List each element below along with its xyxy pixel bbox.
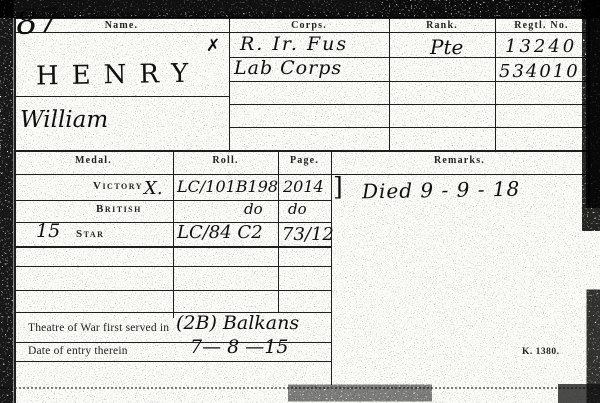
- card-left-border: [14, 17, 16, 403]
- rule-page-remarks: [331, 150, 332, 385]
- rule-roll-page: [278, 150, 279, 312]
- british-medal-label: British: [96, 203, 142, 215]
- remarks-column-header: Remarks.: [331, 155, 588, 166]
- bottom-edge-dotted-line: [0, 387, 600, 389]
- rule-medal-roll: [173, 150, 174, 318]
- rule-date-underline: [14, 361, 331, 362]
- roll-column-header: Roll.: [173, 155, 278, 166]
- medal-index-card: Name. Corps. Rank. Regtl. No. Medal. Rol…: [0, 0, 600, 403]
- rule-name-corps: [229, 17, 230, 150]
- corps-line1-handwriting: R. Ir. Fus: [240, 33, 348, 55]
- regtl-no-column-header: Regtl. No.: [495, 20, 588, 31]
- rule-corps-rank: [389, 17, 390, 150]
- corps-cross-mark: ✗: [206, 36, 220, 56]
- regtl-no1-handwriting: 13240: [505, 36, 577, 57]
- rule-blank2: [14, 290, 331, 291]
- page-brace-mark: ]: [333, 172, 343, 201]
- british-roll-ditto: do: [244, 200, 263, 218]
- corner-number-handwriting: 87: [15, 1, 60, 43]
- victory-medal-label: Victory: [93, 180, 143, 192]
- form-code: K. 1380.: [522, 347, 560, 357]
- card-right-border: [588, 17, 590, 207]
- rule-rank-regtl: [495, 17, 496, 150]
- rank-handwriting: Pte: [430, 35, 463, 59]
- victory-page-handwriting: 2014: [283, 177, 324, 196]
- page-column-header: Page.: [278, 155, 331, 166]
- theatre-of-war-handwriting: (2B) Balkans: [176, 312, 299, 334]
- remarks-handwriting: Died 9 - 9 - 18: [362, 177, 521, 204]
- date-of-entry-handwriting: 7— 8 —15: [190, 336, 288, 358]
- medal-column-header: Medal.: [14, 155, 173, 166]
- rule-section-divider: [14, 150, 590, 152]
- star-prefix-handwriting: 15: [36, 220, 60, 242]
- corps-column-header: Corps.: [229, 20, 389, 31]
- rule-medal-header-underline: [14, 174, 588, 175]
- british-page-ditto: do: [288, 200, 307, 218]
- date-of-entry-label: Date of entry therein: [28, 345, 128, 357]
- forename-handwriting: William: [20, 107, 108, 133]
- rule-under-surname: [14, 96, 229, 97]
- theatre-of-war-label: Theatre of War first served in: [28, 322, 169, 334]
- corps-line2-handwriting: Lab Corps: [234, 57, 342, 79]
- rule-row4: [229, 127, 588, 128]
- rule-victory-underline: [14, 200, 331, 201]
- star-page-handwriting: 73/12: [282, 224, 334, 245]
- rank-column-header: Rank.: [389, 20, 495, 31]
- star-roll-handwriting: LC/84 C2: [177, 222, 263, 243]
- rule-star-underline: [14, 246, 331, 248]
- rule-row3: [229, 104, 588, 105]
- victory-check-mark: X.: [144, 178, 163, 199]
- victory-roll-handwriting: LC/101B198: [177, 177, 278, 196]
- rule-british-underline: [14, 222, 331, 223]
- card-top-border: [14, 17, 590, 19]
- surname-handwriting: HENRY: [36, 59, 202, 92]
- regtl-no2-handwriting: 534010: [499, 61, 580, 82]
- rule-blank1: [14, 266, 331, 267]
- star-medal-label: Star: [76, 228, 104, 240]
